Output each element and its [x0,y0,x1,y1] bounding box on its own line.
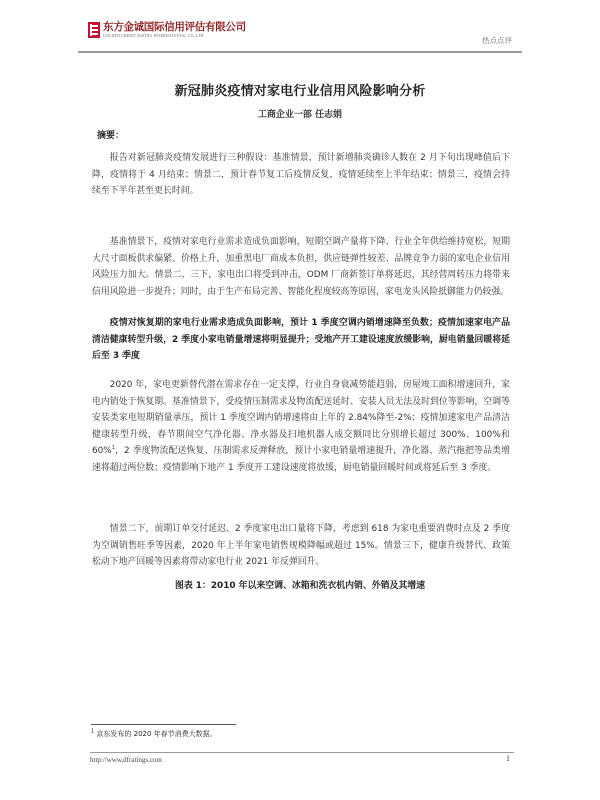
figure-caption: 图表 1：2010 年以来空调、冰箱和洗衣机内销、外销及其增速 [0,578,600,591]
paragraph-key-finding: 疫情对恢复期的家电行业需求造成负面影响，预计 1 季度空调内销增速降至负数；疫情… [92,315,510,365]
footnote-divider [91,724,236,725]
footer-url-link[interactable]: http://www.dfratings.com [90,756,162,764]
logo-mark-icon [88,22,100,38]
footnote-text: 京东发布的 2020 年春节消费大数据。 [96,730,216,738]
paragraph-scenarios: 报告对新冠肺炎疫情发展进行三种假设：基准情景，预计新增肺炎确诊人数在 2 月下旬… [92,150,510,200]
page-number: 1 [506,754,510,763]
document-title: 新冠肺炎疫情对家电行业信用风险影响分析 [0,80,600,99]
company-name-en: GOLDEN CREDIT RATING INTERNATIONAL CO.,L… [103,33,246,38]
header-divider [78,51,522,53]
footer-divider [90,752,514,753]
paragraph-scenario-two-three: 情景二下，前期订单交付延迟、2 季度家电出口量将下降，考虑到 618 为家电重要… [92,521,510,571]
document-author: 工商企业一部 任志娟 [0,107,600,120]
footnote-number: 1 [91,729,94,735]
paragraph-2020-outlook: 2020 年，家电更新替代潜在需求存在一定支撑，行业自身衰减势能趋弱，房屋竣工面… [92,377,510,476]
paragraph-2020-part2: ，2 季度物流配送恢复、压制需求反弹释放，预计小家电销量增速提升，净化器、蒸汽拖… [92,446,510,473]
footnote: 1 京东发布的 2020 年春节消费大数据。 [91,729,217,739]
section-tag: 热点点评 [482,35,512,46]
company-name-cn: 东方金诚国际信用评估有限公司 [103,22,246,33]
paragraph-2020-part1: 2020 年，家电更新替代潜在需求存在一定支撑，行业自身衰减势能趋弱，房屋竣工面… [92,380,510,456]
page-header: 东方金诚国际信用评估有限公司 GOLDEN CREDIT RATING INTE… [88,20,512,50]
paragraph-baseline: 基准情景下，疫情对家电行业需求造成负面影响，短期空调产量将下降、行业全年供给维持… [92,234,510,300]
abstract-label: 摘要： [97,128,124,141]
company-logo: 东方金诚国际信用评估有限公司 GOLDEN CREDIT RATING INTE… [88,22,246,38]
